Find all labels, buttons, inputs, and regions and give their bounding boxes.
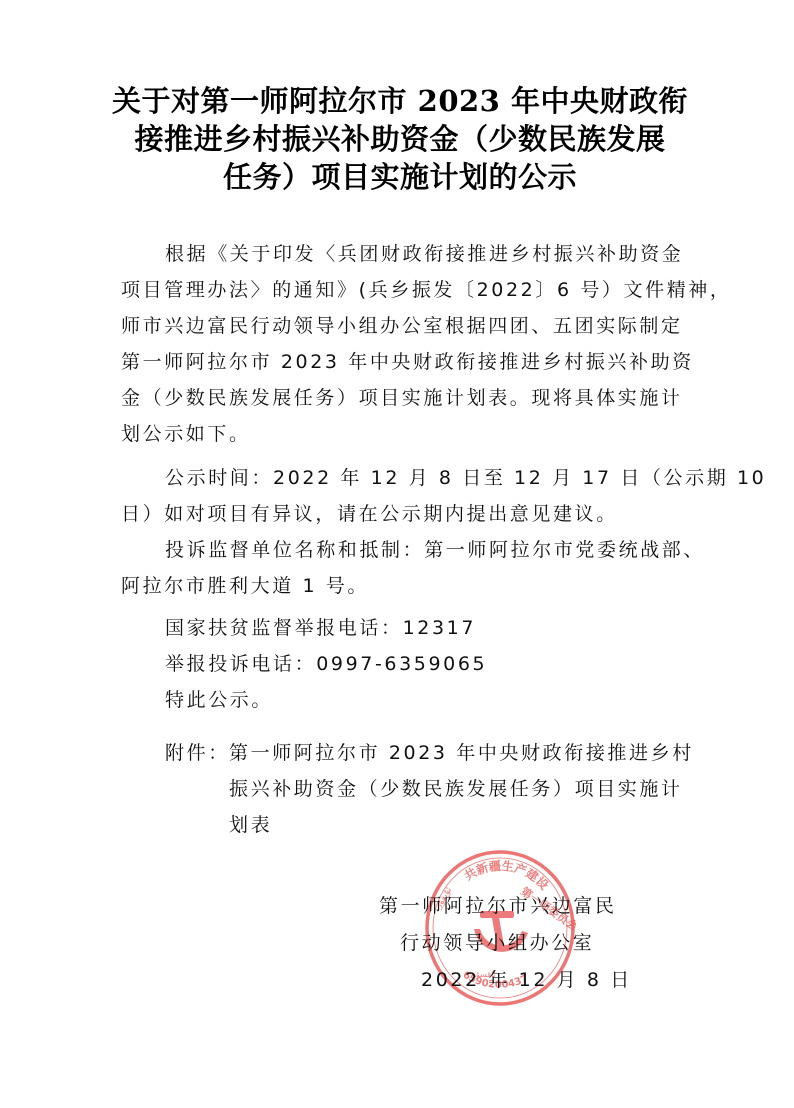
- closing-remark: 特此公示。: [121, 682, 677, 718]
- text-line: 第一师阿拉尔市 2023 年中央财政衔接推进乡村振兴补助资: [121, 344, 677, 380]
- text-line: 第一师阿拉尔市 2023 年中央财政衔接推进乡村: [229, 735, 689, 771]
- document-title: 关于对第一师阿拉尔市 2023 年中央财政衔 接推进乡村振兴补助资金（少数民族发…: [100, 82, 700, 196]
- text-line: 划公示如下。: [121, 416, 677, 452]
- signature-org-line2: 行动领导小组办公室: [400, 925, 594, 961]
- text-line: 师市兴边富民行动领导小组办公室根据四团、五团实际制定: [121, 308, 677, 344]
- text-line: 根据《关于印发〈兵团财政衔接推进乡村振兴补助资金: [121, 236, 677, 272]
- text-line: 投诉监督单位名称和抵制：第一师阿拉尔市党委统战部、: [121, 532, 677, 568]
- paragraph-complaint-unit: 投诉监督单位名称和抵制：第一师阿拉尔市党委统战部、 阿拉尔市胜利大道 1 号。: [121, 532, 677, 604]
- attachment-content: 第一师阿拉尔市 2023 年中央财政衔接推进乡村 振兴补助资金（少数民族发展任务…: [229, 735, 689, 843]
- text-line: 公示时间：2022 年 12 月 8 日至 12 月 17 日（公示期 10: [121, 460, 677, 496]
- title-line: 关于对第一师阿拉尔市 2023 年中央财政衔: [100, 82, 700, 120]
- title-line: 接推进乡村振兴补助资金（少数民族发展: [100, 120, 700, 158]
- text-line: 日）如对项目有异议，请在公示期内提出意见建议。: [121, 496, 677, 532]
- signature-date: 2022 年 12 月 8 日: [421, 962, 632, 998]
- text-line: 划表: [229, 807, 689, 843]
- text-line: 项目管理办法〉的通知》(兵乡振发〔2022〕6 号）文件精神，: [121, 272, 677, 308]
- title-line: 任务）项目实施计划的公示: [100, 158, 700, 196]
- text-line: 阿拉尔市胜利大道 1 号。: [121, 568, 677, 604]
- document-page: 关于对第一师阿拉尔市 2023 年中央财政衔 接推进乡村振兴补助资金（少数民族发…: [0, 0, 794, 1108]
- attachment-label: 附件：: [165, 735, 230, 771]
- complaint-hotline: 举报投诉电话：0997-6359065: [121, 646, 677, 682]
- signature-org-line1: 第一师阿拉尔市兴边富民: [379, 888, 617, 924]
- national-hotline: 国家扶贫监督举报电话：12317: [121, 610, 677, 646]
- text-line: 金（少数民族发展任务）项目实施计划表。现将具体实施计: [121, 380, 677, 416]
- paragraph-basis: 根据《关于印发〈兵团财政衔接推进乡村振兴补助资金 项目管理办法〉的通知》(兵乡振…: [121, 236, 677, 452]
- contact-block: 国家扶贫监督举报电话：12317 举报投诉电话：0997-6359065 特此公…: [121, 610, 677, 718]
- paragraph-publicity-period: 公示时间：2022 年 12 月 8 日至 12 月 17 日（公示期 10 日…: [121, 460, 677, 532]
- text-line: 振兴补助资金（少数民族发展任务）项目实施计: [229, 771, 689, 807]
